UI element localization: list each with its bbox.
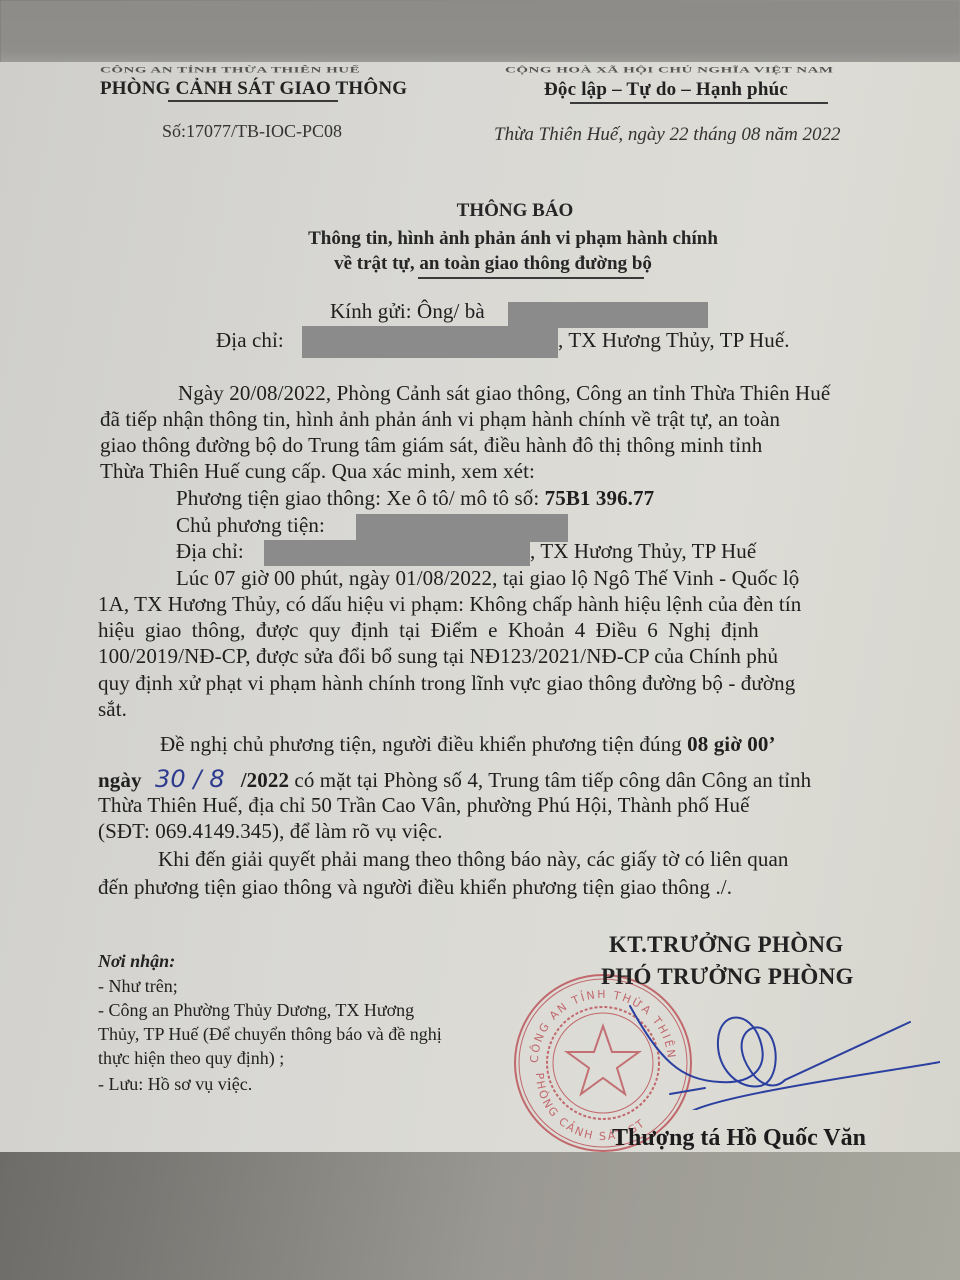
subtitle-underline (418, 277, 644, 279)
owner-address-redacted (264, 540, 530, 566)
recipient-label: Kính gửi: Ông/ bà (330, 298, 485, 324)
place-date: Thừa Thiên Huế, ngày 22 tháng 08 năm 202… (494, 124, 841, 146)
signature-title-2: PHÓ TRƯỞNG PHÒNG (601, 964, 854, 990)
vehicle-plate: 75B1 396.77 (545, 486, 655, 510)
receiver-item: - Công an Phường Thủy Dương, TX Hương (98, 998, 414, 1023)
p3-text: Đề nghị chủ phương tiện, người điều khiể… (160, 732, 687, 756)
vehicle-line: Phương tiện giao thông: Xe ô tô/ mô tô s… (176, 485, 654, 511)
owner-label: Chủ phương tiện: (176, 512, 325, 538)
document-title: THÔNG BÁO (0, 200, 960, 222)
p2-line: sắt. (98, 696, 127, 722)
document-subtitle-2: về trật tự, an toàn giao thông đường bộ (0, 253, 960, 275)
country-name: CỘNG HOÀ XÃ HỘI CHỦ NGHĨA VIỆT NAM (505, 66, 834, 75)
p3-text: có mặt tại Phòng số 4, Trung tâm tiếp cô… (289, 768, 811, 792)
agency-underline (168, 100, 338, 102)
p2-line: Lúc 07 giờ 00 phút, ngày 01/08/2022, tại… (176, 565, 799, 591)
p1-line: Ngày 20/08/2022, Phòng Cảnh sát giao thô… (178, 380, 830, 406)
p2-line: 1A, TX Hương Thủy, có dấu hiệu vi phạm: … (98, 591, 801, 617)
handwritten-signature-icon (600, 1000, 940, 1110)
p4-line: đến phương tiện giao thông và người điều… (98, 874, 732, 900)
recipient-address-redacted (302, 326, 558, 358)
owner-address-suffix: , TX Hương Thủy, TP Huế (530, 538, 756, 564)
signature-title-1: KT.TRƯỞNG PHÒNG (609, 932, 844, 958)
appointment-day-label: ngày (98, 768, 142, 792)
p1-line: Thừa Thiên Huế cung cấp. Qua xác minh, x… (100, 458, 535, 484)
p1-line: giao thông đường bộ do Trung tâm giám sá… (100, 432, 762, 458)
p2-line: quy định xử phạt vi phạm hành chính tron… (98, 670, 795, 696)
appointment-time: 08 giờ 00’ (687, 732, 775, 756)
receivers-heading: Nơi nhận: (98, 949, 175, 974)
p2-line: hiệu giao thông, được quy định tại Điểm … (98, 617, 759, 643)
p3-line: Thừa Thiên Huế, địa chỉ 50 Trần Cao Vân,… (98, 792, 750, 818)
handwritten-date: 30 / 8 (155, 765, 225, 793)
receiver-item: Thủy, TP Huế (Để chuyển thông báo và đề … (98, 1022, 442, 1047)
motto: Độc lập – Tự do – Hạnh phúc (544, 79, 788, 101)
receiver-item: - Như trên; (98, 974, 178, 999)
receiver-item: - Lưu: Hồ sơ vụ việc. (98, 1072, 252, 1097)
recipient-name-redacted (508, 302, 708, 328)
p4-line: Khi đến giải quyết phải mang theo thông … (158, 846, 789, 872)
p1-line: đã tiếp nhận thông tin, hình ảnh phản án… (100, 406, 780, 432)
recipient-address-label: Địa chỉ: (216, 327, 284, 353)
document-number: Số:17077/TB-IOC-PC08 (162, 121, 342, 142)
document-subtitle-1: Thông tin, hình ảnh phản ánh vi phạm hàn… (0, 228, 960, 250)
p2-line: 100/2019/NĐ-CP, được sửa đổi bổ sung tại… (98, 643, 778, 669)
receiver-item: thực hiện theo quy định) ; (98, 1046, 284, 1071)
appointment-year: /2022 (241, 768, 289, 792)
signer-name: Thượng tá Hồ Quốc Văn (612, 1125, 866, 1152)
agency-parent: CÔNG AN TỈNH THỪA THIÊN HUẾ (100, 66, 360, 75)
p3-line: (SĐT: 069.4149.345), để làm rõ vụ việc. (98, 818, 443, 844)
recipient-address-suffix: , TX Hương Thủy, TP Huế. (558, 327, 790, 353)
owner-address-label: Địa chỉ: (176, 538, 244, 564)
vehicle-label: Phương tiện giao thông: Xe ô tô/ mô tô s… (176, 486, 545, 510)
motto-underline (570, 102, 828, 104)
agency-name: PHÒNG CẢNH SÁT GIAO THÔNG (100, 78, 407, 100)
p3-line-1: Đề nghị chủ phương tiện, người điều khiể… (160, 731, 776, 757)
p3-line-2: ngày 30 / 8/2022 có mặt tại Phòng số 4, … (98, 766, 811, 793)
